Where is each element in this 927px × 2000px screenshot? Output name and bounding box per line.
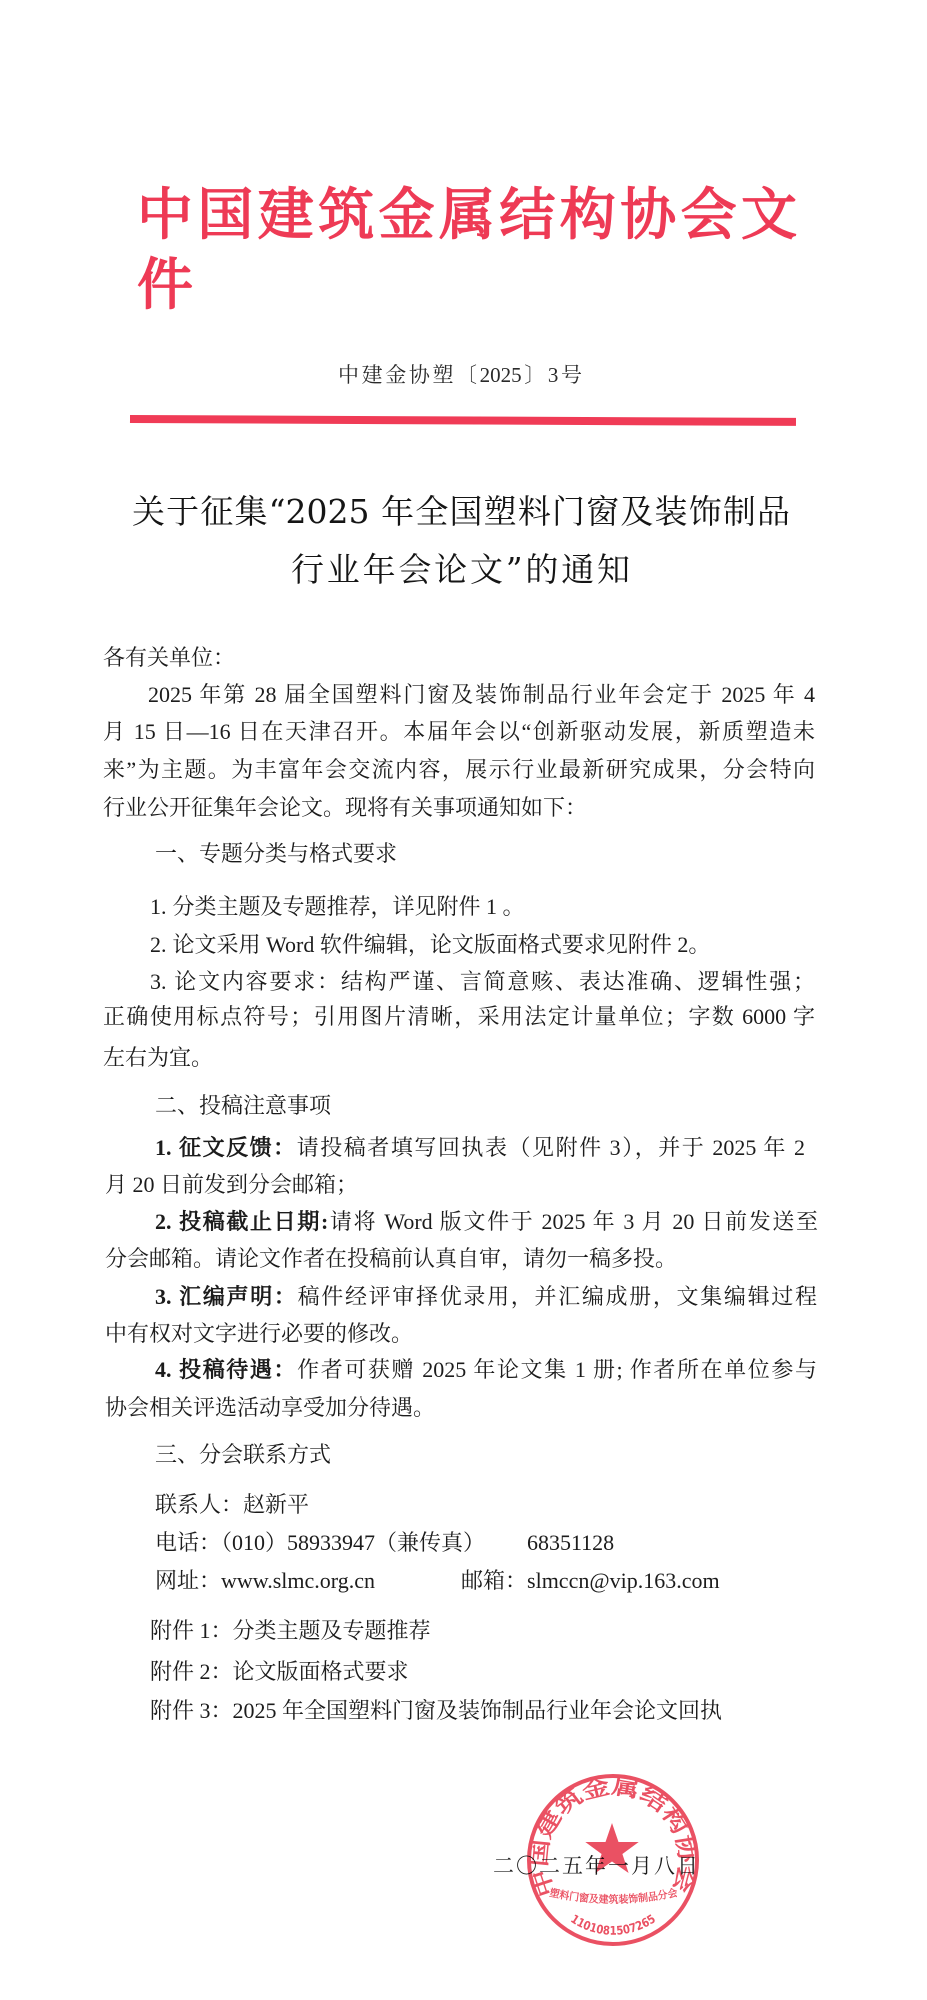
item-label: 投稿截止日期: (178, 1209, 329, 1234)
intro-line: 2025 年第 28 届全国塑料门窗及装饰制品行业年会定于 2025 年 4 (148, 680, 815, 710)
list-item: 1.征文反馈：请投稿者填写回执表（见附件 3），并于 2025 年 2 (155, 1133, 805, 1163)
email-address: slmccn@vip.163.com (527, 1568, 720, 1593)
list-item: 4.投稿待遇：作者可获赠 2025 年论文集 1 册; 作者所在单位参与 (155, 1355, 817, 1385)
list-item: 2.论文采用 Word 软件编辑，论文版面格式要求见附件 2。 (150, 930, 710, 960)
item-number: 3. (155, 1284, 172, 1309)
item-number: 3. (150, 969, 167, 994)
website-url: www.slmc.org.cn (221, 1568, 375, 1593)
item-continuation: 正确使用标点符号；引用图片清晰，采用法定计量单位；字数 6000 字 (103, 1002, 815, 1032)
seal-inner-text: 塑料门窗及建筑装饰制品分会 (548, 1886, 679, 1906)
item-number: 1. (155, 1135, 172, 1160)
intro-line: 月 15 日—16 日在天津召开。本届年会以“创新驱动发展，新质塑造未 (103, 717, 815, 747)
item-text: 分类主题及专题推荐，详见附件 1 。 (173, 894, 525, 919)
seal-star-icon (585, 1823, 638, 1873)
list-item: 2.投稿截止日期:请将 Word 版文件于 2025 年 3 月 20 日前发送… (155, 1207, 818, 1237)
notice-title-line-2: 行业年会论文”的通知 (291, 550, 630, 590)
item-continuation: 分会邮箱。请论文作者在投稿前认真自审，请勿一稿多投。 (105, 1244, 677, 1274)
phone-number-secondary: 68351128 (527, 1528, 614, 1558)
item-text: 论文采用 Word 软件编辑，论文版面格式要求见附件 2。 (173, 932, 711, 957)
notice-title-line-1: 关于征集“2025 年全国塑料门窗及装饰制品 (132, 492, 790, 532)
official-seal-icon: 中国建筑金属结构协会 塑料门窗及建筑装饰制品分会 1101081507265 (525, 1772, 701, 1948)
contact-person: 联系人：赵新平 (155, 1490, 309, 1520)
section-heading: 一、专题分类与格式要求 (155, 840, 397, 870)
phone-number: （010）58933947（兼传真） (221, 1530, 485, 1555)
item-label: 汇编声明： (178, 1284, 298, 1309)
item-number: 4. (155, 1357, 172, 1382)
item-number: 2. (150, 932, 167, 957)
intro-line: 行业公开征集年会论文。现将有关事项通知如下： (103, 793, 587, 823)
item-text: 请投稿者填写回执表（见附件 3），并于 2025 年 2 (297, 1135, 805, 1160)
item-continuation: 月 20 日前发到分会邮箱； (105, 1170, 358, 1200)
list-item: 3.论文内容要求：结构严谨、言简意赅、表达准确、逻辑性强； (150, 967, 815, 997)
contact-website: 网址：www.slmc.org.cn (155, 1566, 375, 1596)
contact-person-label: 联系人： (155, 1492, 243, 1517)
item-number: 1. (150, 894, 167, 919)
item-label: 征文反馈： (178, 1135, 297, 1160)
letterhead-org-title: 中国建筑金属结构协会文件 (137, 180, 797, 250)
list-item: 1.分类主题及专题推荐，详见附件 1 。 (150, 892, 525, 922)
contact-person-name: 赵新平 (243, 1492, 309, 1517)
item-number: 2. (155, 1209, 172, 1234)
item-text: 论文内容要求：结构严谨、言简意赅、表达准确、逻辑性强； (173, 969, 816, 994)
intro-line: 来”为主题。为丰富年会交流内容，展示行业最新研究成果，分会特向 (103, 755, 815, 785)
contact-email: 邮箱：slmccn@vip.163.com (461, 1566, 720, 1596)
list-item: 3.汇编声明：稿件经评审择优录用，并汇编成册，文集编辑过程 (155, 1282, 817, 1312)
attachment-item: 附件 3：2025 年全国塑料门窗及装饰制品行业年会论文回执 (150, 1696, 722, 1726)
contact-phone: 电话：（010）58933947（兼传真） (155, 1528, 485, 1558)
attachment-item: 附件 1：分类主题及专题推荐 (150, 1616, 431, 1646)
phone-label: 电话： (155, 1530, 221, 1555)
item-continuation: 左右为宜。 (103, 1043, 213, 1073)
item-label: 投稿待遇： (178, 1357, 298, 1382)
seal-code-textpath: 1101081507265 (568, 1912, 658, 1938)
attachment-item: 附件 2：论文版面格式要求 (150, 1657, 409, 1687)
salutation: 各有关单位： (103, 643, 235, 673)
item-text: 请将 Word 版文件于 2025 年 3 月 20 日前发送至 (328, 1209, 818, 1234)
item-text: 作者可获赠 2025 年论文集 1 册; 作者所在单位参与 (297, 1357, 817, 1382)
section-heading: 三、分会联系方式 (155, 1441, 331, 1471)
website-label: 网址： (155, 1568, 221, 1593)
item-continuation: 协会相关评选活动享受加分待遇。 (105, 1393, 435, 1423)
email-label: 邮箱： (461, 1568, 527, 1593)
item-text: 稿件经评审择优录用，并汇编成册，文集编辑过程 (298, 1284, 817, 1309)
letterhead-red-rule (130, 415, 796, 426)
section-heading: 二、投稿注意事项 (155, 1092, 331, 1122)
item-continuation: 中有权对文字进行必要的修改。 (105, 1319, 413, 1349)
seal-inner-textpath: 塑料门窗及建筑装饰制品分会 (548, 1886, 679, 1906)
seal-code-text: 1101081507265 (568, 1912, 658, 1938)
document-number: 中建金协塑〔2025〕3号 (338, 360, 582, 390)
